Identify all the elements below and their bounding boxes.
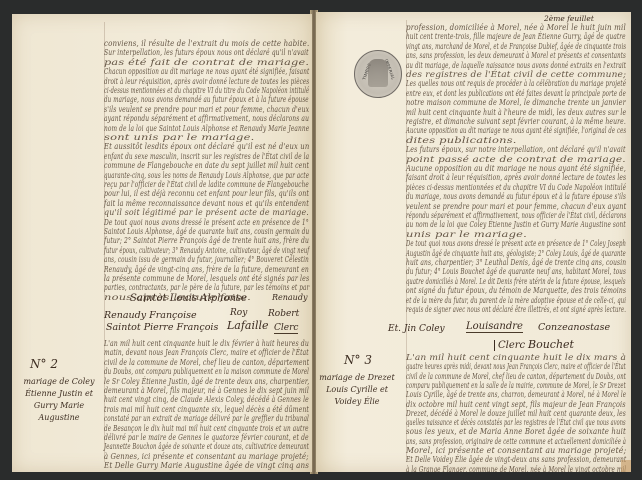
entry-title: mariage de Drezet Louis Cyrille et Voide… bbox=[316, 372, 400, 408]
signature: Louisandre bbox=[466, 321, 523, 333]
signature: Bouchet bbox=[528, 338, 574, 351]
paper-wear bbox=[621, 460, 631, 472]
signature: Robert bbox=[268, 309, 299, 319]
entry-title: mariage de Coley Étienne Justin et Gurry… bbox=[18, 376, 100, 424]
signature: Lafaille bbox=[227, 319, 269, 332]
signature: Saintot Pierre François bbox=[106, 322, 218, 333]
handwritten-line: Et Delle Gurry Marie Augustine âgée de v… bbox=[104, 460, 309, 470]
right-page: 2ème feuillet TIMBRE IMPERIAL profession… bbox=[316, 12, 631, 472]
stamp-figure-icon bbox=[368, 59, 388, 87]
signature: Renaudy Françoise bbox=[104, 310, 197, 321]
signature: Conzeanostase bbox=[538, 322, 610, 333]
handwritten-line: à la Grange Flanger, commune de Morel, n… bbox=[406, 464, 626, 472]
signature: Saintot Louis Alphonse bbox=[130, 293, 247, 304]
signature: Clerc bbox=[274, 323, 298, 334]
entry-number: N° 3 bbox=[344, 353, 372, 367]
signature: Et. Jin Coley bbox=[388, 324, 445, 334]
left-page: conviens, il résulte de l'extrait du moi… bbox=[12, 14, 312, 472]
tax-stamp: TIMBRE IMPERIAL bbox=[354, 50, 402, 98]
signature: Renaudy bbox=[272, 293, 307, 302]
signature: Clerc bbox=[494, 340, 525, 351]
entry-number: N° 2 bbox=[30, 357, 58, 371]
signature: Roy bbox=[230, 308, 247, 318]
handwritten-line: requis de signer avec nous ont déclaré ê… bbox=[406, 304, 626, 314]
